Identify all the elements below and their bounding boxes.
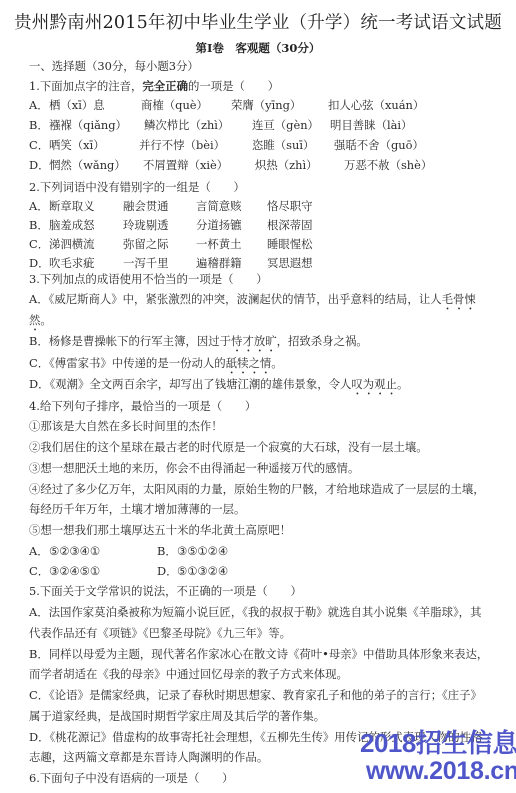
option-item: 襁褓（qiǎng） [49, 118, 127, 132]
option-item: 荣膺（yīng） [231, 98, 301, 112]
option-item: 栖（xī）息 [49, 98, 105, 112]
question-3-option-a: A．《威尼斯商人》中，紧张激烈的冲突，波澜起伏的情节，出乎意料的结局，让人毛骨悚 [29, 292, 476, 313]
option-label: A． [29, 292, 49, 306]
option-item: 融会贯通 [123, 199, 169, 213]
question-4-sentence: ②我们居住的这个星球在最古老的时代原是一个寂寞的大石球，没有一层土壤。 [29, 440, 428, 454]
option-item: 扣人心弦（xuán） [328, 98, 424, 112]
option-item: 鳞次栉比（zhì） [144, 118, 229, 132]
option-item: 弥留之际 [123, 237, 169, 251]
question-5-text: B．同样以母爱为主题，现代著名作家冰心在散文诗《荷叶•母亲》中借助具体形象来表达… [29, 647, 488, 661]
option-item: 哂笑（xī） [49, 138, 105, 152]
option-item: 玲珑剔透 [123, 218, 169, 232]
option-label: A． [29, 199, 49, 213]
option-item: 惘然（wǎng） [49, 158, 126, 172]
option-item: 言简意赅 [196, 199, 242, 213]
option-item: 恪尽职守 [267, 199, 313, 213]
question-5-text: 代表作品还有《项链》《巴黎圣母院》《九三年》等。 [29, 626, 291, 640]
question-4-sentence: 每经历千年万年，土壤才增加薄薄的一层。 [29, 502, 245, 516]
stem-text: 的一项是（ ） [188, 79, 279, 93]
question-5-text: 志趣，这两篇文章都是东晋诗人陶渊明的作品。 [29, 750, 268, 764]
watermark-site-name: 2018招生信息网 [360, 723, 516, 760]
option-item: 遍稽群籍 [196, 256, 242, 270]
option-label: B． [157, 544, 177, 558]
exam-title: 贵州黔南州2015年初中毕业生学业（升学）统一考试语文试题 [0, 9, 516, 34]
dotted-idiom: 舐犊之情 [226, 356, 272, 370]
dotted-idiom: 然 [29, 313, 40, 327]
option-item: 强聒不舍（guō） [334, 138, 424, 152]
option-text: 。 [40, 313, 51, 327]
option-value: ③②④⑤① [49, 564, 100, 578]
section-title: 第Ⅰ卷 客观题（30分） [0, 40, 516, 56]
question-6-stem: 6.下面句子中没有语病的一项是（ ） [29, 771, 234, 785]
option-value: ③⑤①②④ [177, 544, 228, 558]
option-item: 一泻千里 [123, 256, 169, 270]
option-label: A． [29, 98, 49, 112]
option-item: 并行不悖（bèi） [139, 138, 225, 152]
option-item: 明目善睐（lài） [330, 118, 412, 132]
question-3-option-a-continued: 然。 [29, 313, 52, 334]
option-item: 连亘（gèn） [252, 118, 319, 132]
option-label: D． [157, 564, 178, 578]
option-text: 杨修是曹操帐下的行军主簿，因过于 [49, 334, 231, 348]
question-4-sentence: ③想一想肥沃土地的来历，你会不由得涌起一种遥接万代的感情。 [29, 461, 359, 475]
option-label: B． [29, 118, 49, 132]
exam-page: 贵州黔南州2015年初中毕业生学业（升学）统一考试语文试题 第Ⅰ卷 客观题（30… [0, 0, 516, 793]
option-item: 分道扬镳 [196, 218, 242, 232]
option-item: 睡眼惺松 [267, 237, 313, 251]
question-5-text: 属于道家经典，是战国时期哲学家庄周及其后学的著作集。 [29, 709, 325, 723]
option-text: 《傅雷家书》中传递的是一份动人的 [49, 356, 226, 370]
option-item: 万恶不赦（shè） [344, 158, 432, 172]
question-4-stem: 4.给下列句子排序，最恰当的一项是（ ） [29, 399, 256, 413]
option-item: 冥思遐想 [267, 256, 313, 270]
option-item: 一杯黄土 [196, 237, 242, 251]
question-4-sentence: ④经过了多少亿万年，太阳风雨的力量，原始生物的尸骸，才给地球造成了一层层的土壤， [29, 482, 485, 496]
option-text: ，招致杀身之祸。 [277, 334, 368, 348]
option-item: 吹毛求疵 [49, 256, 95, 270]
question-5-text: C．《论语》是儒家经典，记录了春秋时期思想家、教育家孔子和他的弟子的言行；《庄子… [29, 688, 482, 702]
option-label: D． [29, 158, 50, 172]
option-label: C． [29, 138, 49, 152]
option-text: 。 [271, 356, 282, 370]
option-value: ⑤②③④① [49, 544, 100, 558]
option-item: 涕泗横流 [49, 237, 95, 251]
option-item: 不屑置辩（xiè） [143, 158, 228, 172]
question-3-option-b: B．杨修是曹操帐下的行军主簿，因过于恃才放旷，招致杀身之祸。 [29, 334, 368, 355]
option-text: 《威尼斯商人》中，紧张激烈的冲突，波澜起伏的情节，出乎意料的结局，让人 [49, 292, 442, 306]
question-3-stem: 3.下列加点的成语使用不恰当的一项是（ ） [29, 272, 268, 286]
option-label: B． [29, 334, 49, 348]
question-3-option-c: C．《傅雷家书》中传递的是一份动人的舐犊之情。 [29, 356, 283, 377]
question-4-sentence: ①那该是大自然在多长时间里的杰作！ [29, 419, 223, 433]
dotted-idiom: 叹为观止 [351, 377, 397, 391]
question-2-stem: 2.下列词语中没有错别字的一组是（ ） [29, 180, 245, 194]
option-label: C． [29, 237, 49, 251]
option-item: 商榷（què） [141, 98, 208, 112]
option-item: 断章取义 [49, 199, 95, 213]
question-5-stem: 5.下面关于文学常识的说法，不正确的一项是（ ） [29, 584, 302, 598]
dotted-idiom: 毛骨悚 [442, 292, 476, 306]
question-4-sentence: ⑤想一想我们那土壤厚达五十米的华北黄土高原吧！ [29, 523, 291, 537]
option-item: 恣睢（suī） [252, 138, 314, 152]
question-1-stem: 1.下面加点字的注音，完全正确的一项是（ ） [29, 79, 279, 93]
question-3-option-d: D．《观潮》全文两百余字，却写出了钱塘江潮的雄伟景象，令人叹为观止。 [29, 377, 408, 398]
option-label: A． [29, 544, 49, 558]
option-text: 《观潮》全文两百余字，却写出了钱塘江潮的雄伟景象，令人 [50, 377, 352, 391]
option-label: D． [29, 256, 50, 270]
part-heading: 一、选择题（30分，每小题3分） [29, 59, 199, 73]
stem-text: 1.下面加点字的注音， [29, 79, 142, 93]
watermark-url: www.2018.cn [366, 757, 516, 786]
dotted-idiom: 恃才放旷 [231, 334, 277, 348]
stem-emphasis: 完全正确 [142, 79, 188, 93]
question-5-text: 而学者胡适在《我的母亲》中通过回忆母亲的教子方式来体现。 [29, 667, 348, 681]
option-item: 根深蒂固 [267, 218, 313, 232]
option-item: 炽热（zhì） [255, 158, 318, 172]
option-text: 。 [397, 377, 408, 391]
option-item: 脑羞成怒 [49, 218, 95, 232]
option-label: B． [29, 218, 49, 232]
option-label: C． [29, 356, 49, 370]
option-label: C． [29, 564, 49, 578]
option-value: ⑤①③②④ [177, 564, 228, 578]
option-label: D． [29, 377, 50, 391]
question-5-text: A．法国作家莫泊桑被称为短篇小说巨匠，《我的叔叔于勒》就选自其小说集《羊脂球》，… [29, 605, 481, 619]
